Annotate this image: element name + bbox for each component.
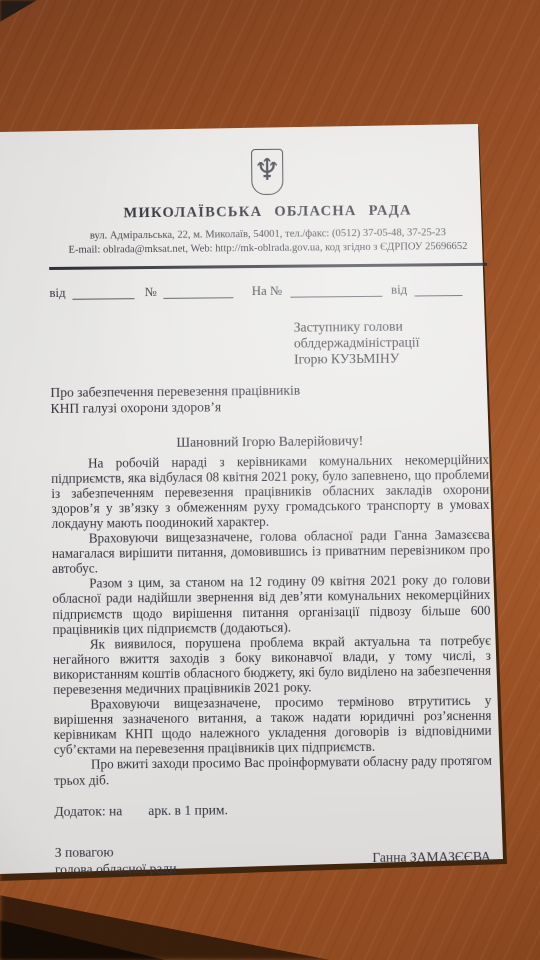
signature-left: З повагою голова обласної ради [55, 842, 177, 877]
addressee-title: Заступнику голови [294, 317, 488, 335]
ref-date-blank [72, 285, 134, 300]
attachment-note: Додаток: на арк. в 1 прим. [54, 799, 492, 819]
ref-number-label: № [144, 285, 156, 300]
addressee-name: Ігорю КУЗЬМІНУ [294, 349, 488, 367]
reference-fields-row: від № На № від [49, 281, 487, 300]
organization-contacts: вул. Адміральська, 22, м. Миколаїв, 5400… [49, 226, 487, 257]
ref-number-blank [164, 284, 234, 299]
header-divider [49, 263, 487, 270]
subject-line: КНП галузі охорони здоров’я [50, 396, 488, 416]
organization-name: МИКОЛАЇВСЬКА ОБЛАСНА РАДА [49, 202, 487, 223]
body-paragraph: На робочій нараді з керівниками комуналь… [51, 451, 490, 531]
addressee-block: Заступнику голови облдержадміністрації І… [294, 317, 488, 367]
trident-icon: ♆ [254, 155, 281, 185]
body-paragraph: Враховуючи вищезазначене, голова обласно… [52, 527, 490, 576]
signature-block: З повагою голова обласної ради Ганна ЗАМ… [55, 839, 493, 877]
body-paragraph: Враховуючи вищезазначене, просимо термін… [53, 693, 492, 758]
letter-content: ♆ МИКОЛАЇВСЬКА ОБЛАСНА РАДА вул. Адмірал… [48, 142, 493, 878]
body-paragraph: Разом з цим, за станом на 12 годину 09 к… [52, 572, 491, 637]
closing-regards: З повагою [55, 842, 177, 860]
ref-date2-blank [414, 282, 462, 296]
closing-position: голова обласної ради [55, 859, 177, 877]
body-paragraph: Про вжиті заходи просимо Вас проінформув… [54, 753, 492, 787]
addressee-org: облдержадміністрації [294, 333, 488, 351]
ukraine-trident-emblem: ♆ [251, 149, 283, 195]
signer-name: Ганна ЗАМАЗЄЄВА [372, 848, 491, 866]
body-paragraph: Як виявилося, порушена проблема вкрай ак… [53, 632, 492, 697]
salutation: Шановний Ігорю Валерійовичу! [51, 431, 489, 451]
attachment-label: Додаток: на [54, 803, 122, 820]
subject-block: Про забезпечення перевезення працівників… [50, 380, 488, 416]
ref-reply-label: На № [252, 283, 282, 298]
attachment-detail: арк. в 1 прим. [148, 802, 228, 819]
letter-body: На робочій нараді з керівниками комуналь… [51, 451, 492, 787]
ref-from2-label: від [391, 282, 407, 297]
ref-reply-blank [290, 282, 382, 297]
ref-from-label: від [49, 285, 65, 300]
